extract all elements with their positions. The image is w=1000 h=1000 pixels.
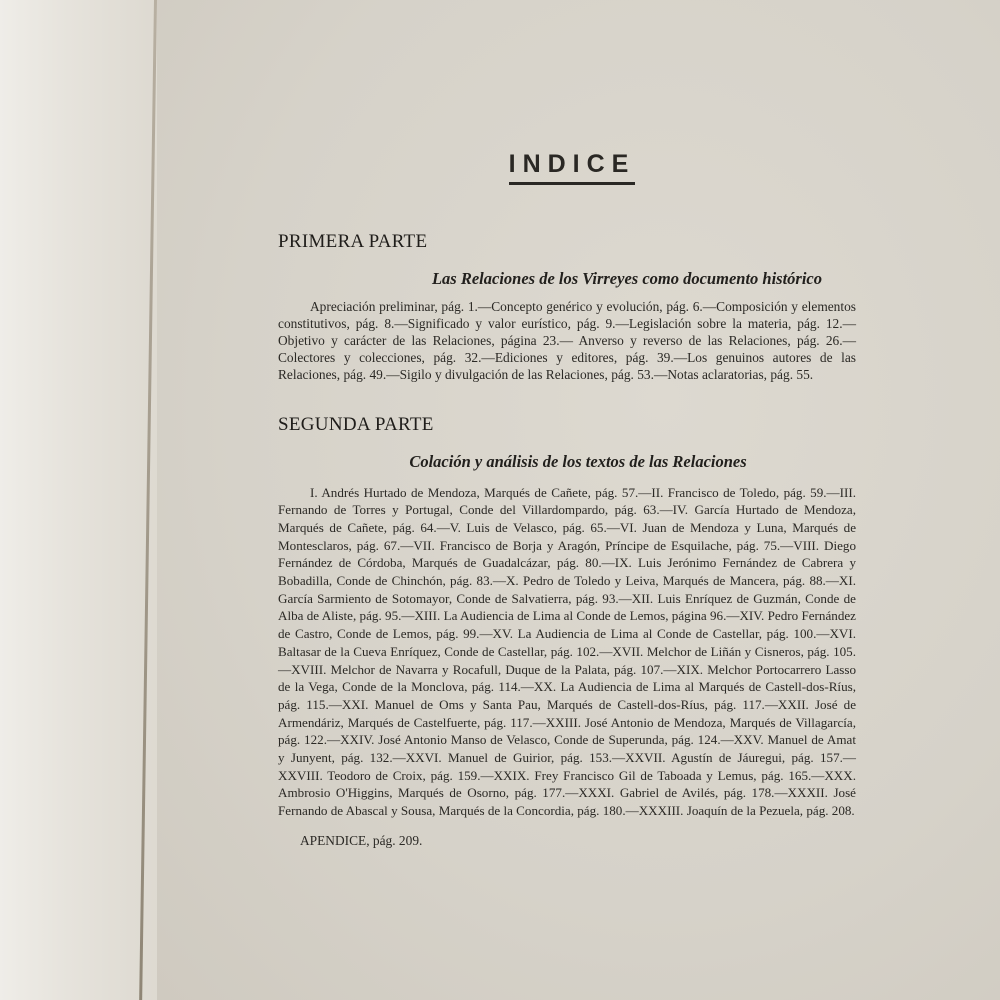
left-page: [0, 0, 170, 1000]
part-contents: Apreciación preliminar, pág. 1.—Concepto…: [278, 299, 856, 384]
part-subtitle: Las Relaciones de los Virreyes como docu…: [278, 269, 858, 289]
part-contents: I. Andrés Hurtado de Mendoza, Marqués de…: [278, 484, 856, 820]
page-title: INDICE: [509, 150, 636, 185]
part-heading: PRIMERA PARTE: [278, 231, 858, 253]
index-page: INDICE PRIMERA PARTE Las Relaciones de l…: [278, 150, 858, 849]
part-heading: SEGUNDA PARTE: [278, 414, 858, 436]
title-wrap: INDICE: [278, 150, 858, 185]
part-subtitle: Colación y análisis de los textos de las…: [298, 452, 858, 472]
segunda-parte: SEGUNDA PARTE Colación y análisis de los…: [278, 414, 858, 820]
primera-parte: PRIMERA PARTE Las Relaciones de los Virr…: [278, 231, 858, 384]
appendix-entry: APENDICE, pág. 209.: [278, 833, 858, 849]
